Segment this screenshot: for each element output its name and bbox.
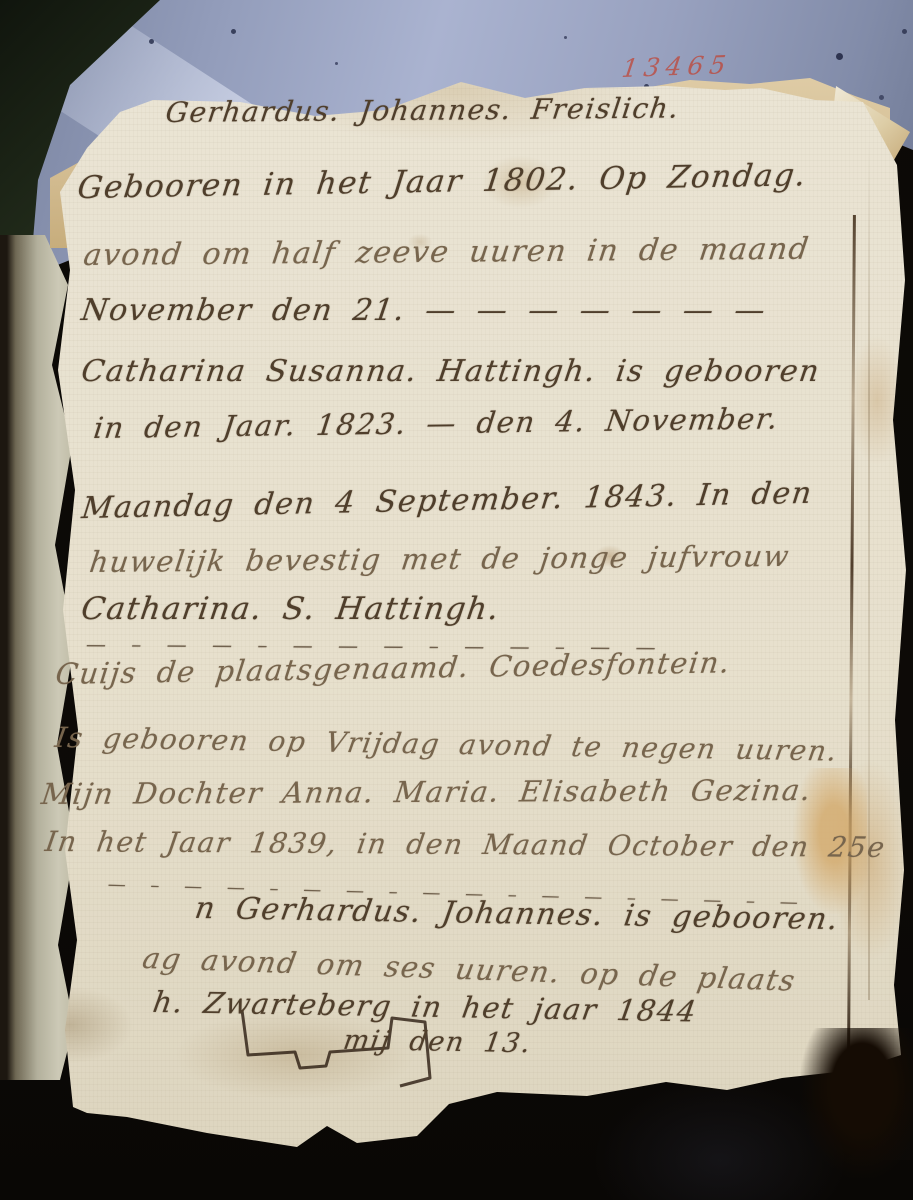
handwritten-line: huwelijk bevestig met de jonge jufvrouw bbox=[88, 539, 793, 579]
dark-ink-blotch bbox=[800, 1028, 913, 1178]
handwritten-line: Gerhardus. Johannes. Freislich. bbox=[164, 92, 682, 130]
handwritten-line: avond om half zeeve uuren in de maand bbox=[81, 232, 811, 273]
dust-specks bbox=[0, 0, 3, 3]
page-fold-line bbox=[868, 140, 870, 1000]
handwritten-line: November den 21. — — — — — — — bbox=[79, 293, 768, 328]
handwritten-line: Mijn Dochter Anna. Maria. Elisabeth Gezi… bbox=[39, 773, 814, 811]
handwritten-line: Catharina Susanna. Hattingh. is gebooren bbox=[79, 354, 822, 389]
photograph-of-register-page: Gerhardus. Johannes. Freislich. Gebooren… bbox=[0, 0, 913, 1200]
handwritten-line: Catharina. S. Hattingh. bbox=[79, 591, 502, 627]
handwritten-line: mij den 13. bbox=[341, 1025, 534, 1059]
red-ink-catalog-number: 13465 bbox=[620, 50, 734, 83]
handwritten-line: In het Jaar 1839, in den Maand October d… bbox=[43, 825, 888, 864]
